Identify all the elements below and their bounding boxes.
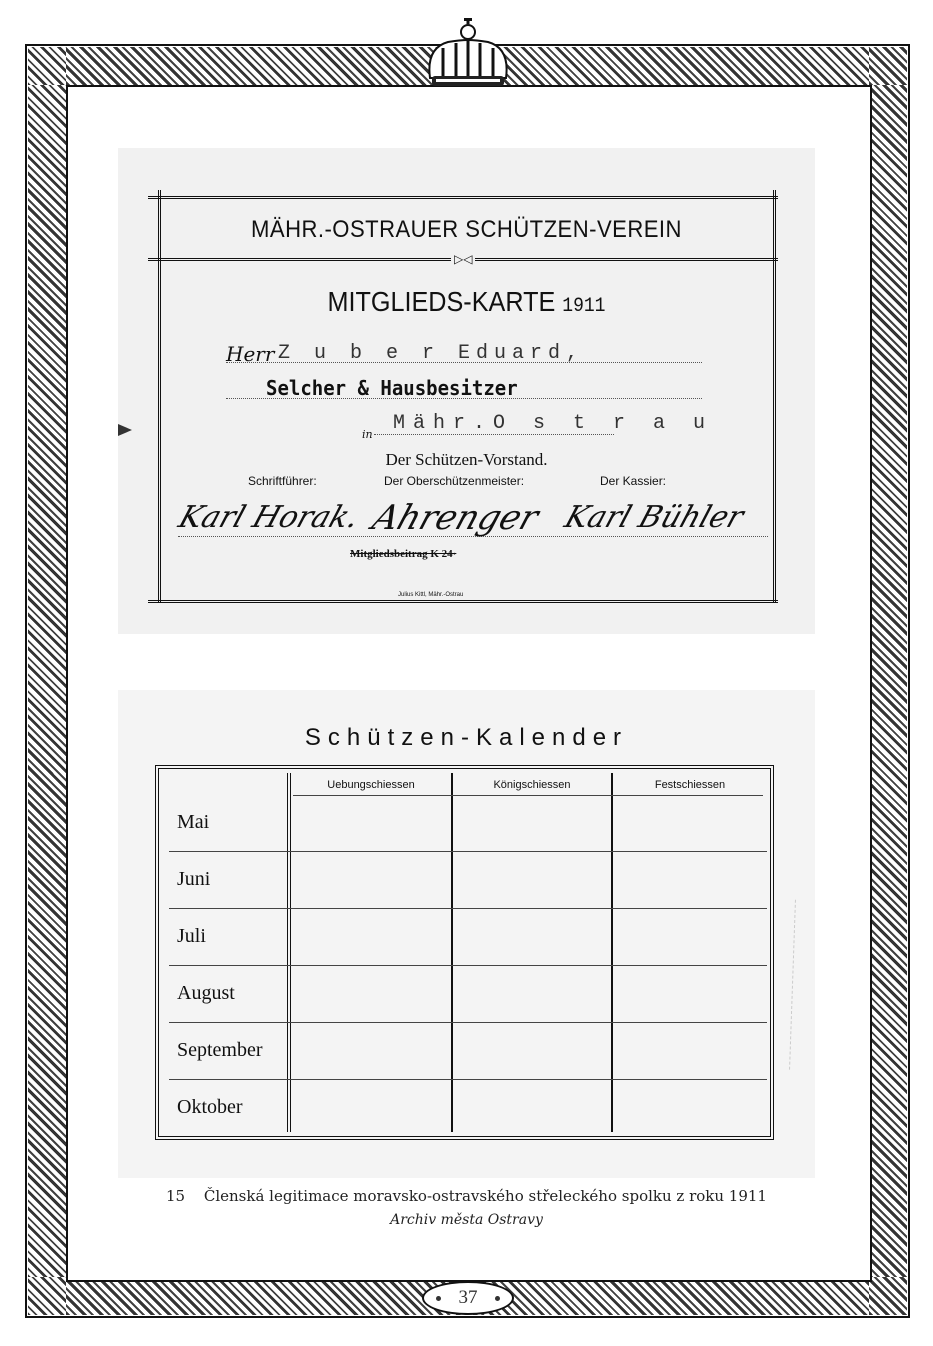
card-top-rule — [148, 196, 778, 199]
club-name: MÄHR.-OSTRAUER SCHÜTZEN-VEREIN — [146, 216, 787, 244]
month-oktober: Oktober — [177, 1096, 243, 1119]
shooting-calendar-photo: Schützen-Kalender Uebungschiessen Königs… — [118, 690, 815, 1178]
membership-card-photo: ▷◁ MÄHR.-OSTRAUER SCHÜTZEN-VEREIN MITGLI… — [118, 148, 815, 634]
page-number: 37 — [459, 1287, 478, 1308]
column-header-festschiessen: Festschiessen — [615, 779, 765, 791]
cashier-label: Der Kassier: — [600, 474, 666, 488]
card-bottom-rule — [148, 600, 778, 603]
in-label: in — [362, 428, 373, 441]
figure-caption: 15 Členská legitimace moravsko-ostravské… — [0, 1187, 933, 1205]
cashier-signature: Karl Bühler — [560, 500, 748, 535]
column-header-koenigschiessen: Königschiessen — [455, 779, 609, 791]
salutation: Herr — [226, 342, 274, 366]
calendar-title: Schützen-Kalender — [118, 724, 815, 752]
figure-caption-text: Členská legitimace moravsko-ostravského … — [204, 1187, 767, 1205]
member-occupation: Selcher & Hausbesitzer — [266, 376, 518, 400]
month-mai: Mai — [177, 811, 209, 834]
row-rule — [169, 1079, 767, 1080]
row-rule — [169, 965, 767, 966]
calendar-table: Uebungschiessen Königschiessen Festschie… — [155, 765, 774, 1140]
calendar-grid: Uebungschiessen Königschiessen Festschie… — [163, 773, 766, 1132]
month-august: August — [177, 982, 235, 1005]
card-title-text: MITGLIEDS-KARTE — [327, 286, 555, 317]
arrow-mark-icon — [118, 424, 132, 436]
month-september: September — [177, 1039, 263, 1062]
secretary-signature: Karl Horak. — [174, 500, 363, 535]
membership-fee: Mitgliedsbeitrag K 24· — [350, 548, 456, 560]
ornament-dot-icon — [495, 1296, 500, 1301]
figure-source: Archiv města Ostravy — [0, 1212, 933, 1228]
row-rule — [169, 1022, 767, 1023]
member-city: Mähr.O s t r a u — [393, 412, 713, 435]
column-header-uebungschiessen: Uebungschiessen — [293, 779, 449, 791]
header-rule — [293, 795, 763, 796]
head-marksman-signature: Ahrenger — [368, 498, 544, 538]
member-name: Z u b e r Eduard, — [278, 342, 584, 365]
row-rule — [169, 908, 767, 909]
page-number-cartouche: 37 — [422, 1281, 514, 1315]
card-year: 1911 — [562, 295, 605, 318]
ornament-dot-icon — [436, 1296, 441, 1301]
pencil-annotation — [789, 900, 812, 1070]
row-rule — [169, 851, 767, 852]
figure-number: 15 — [166, 1187, 185, 1205]
bow-ornament-icon: ▷◁ — [451, 252, 475, 266]
month-juli: Juli — [177, 925, 206, 948]
board-heading: Der Schützen-Vorstand. — [118, 450, 815, 470]
crown-icon — [418, 18, 518, 90]
secretary-label: Schriftführer: — [248, 474, 317, 488]
month-juni: Juni — [177, 868, 210, 891]
head-marksman-label: Der Oberschützenmeister: — [384, 474, 524, 488]
printer-imprint: Julius Kittl, Mähr.-Ostrau — [398, 592, 463, 598]
card-title: MITGLIEDS-KARTE 1911 — [153, 286, 780, 318]
